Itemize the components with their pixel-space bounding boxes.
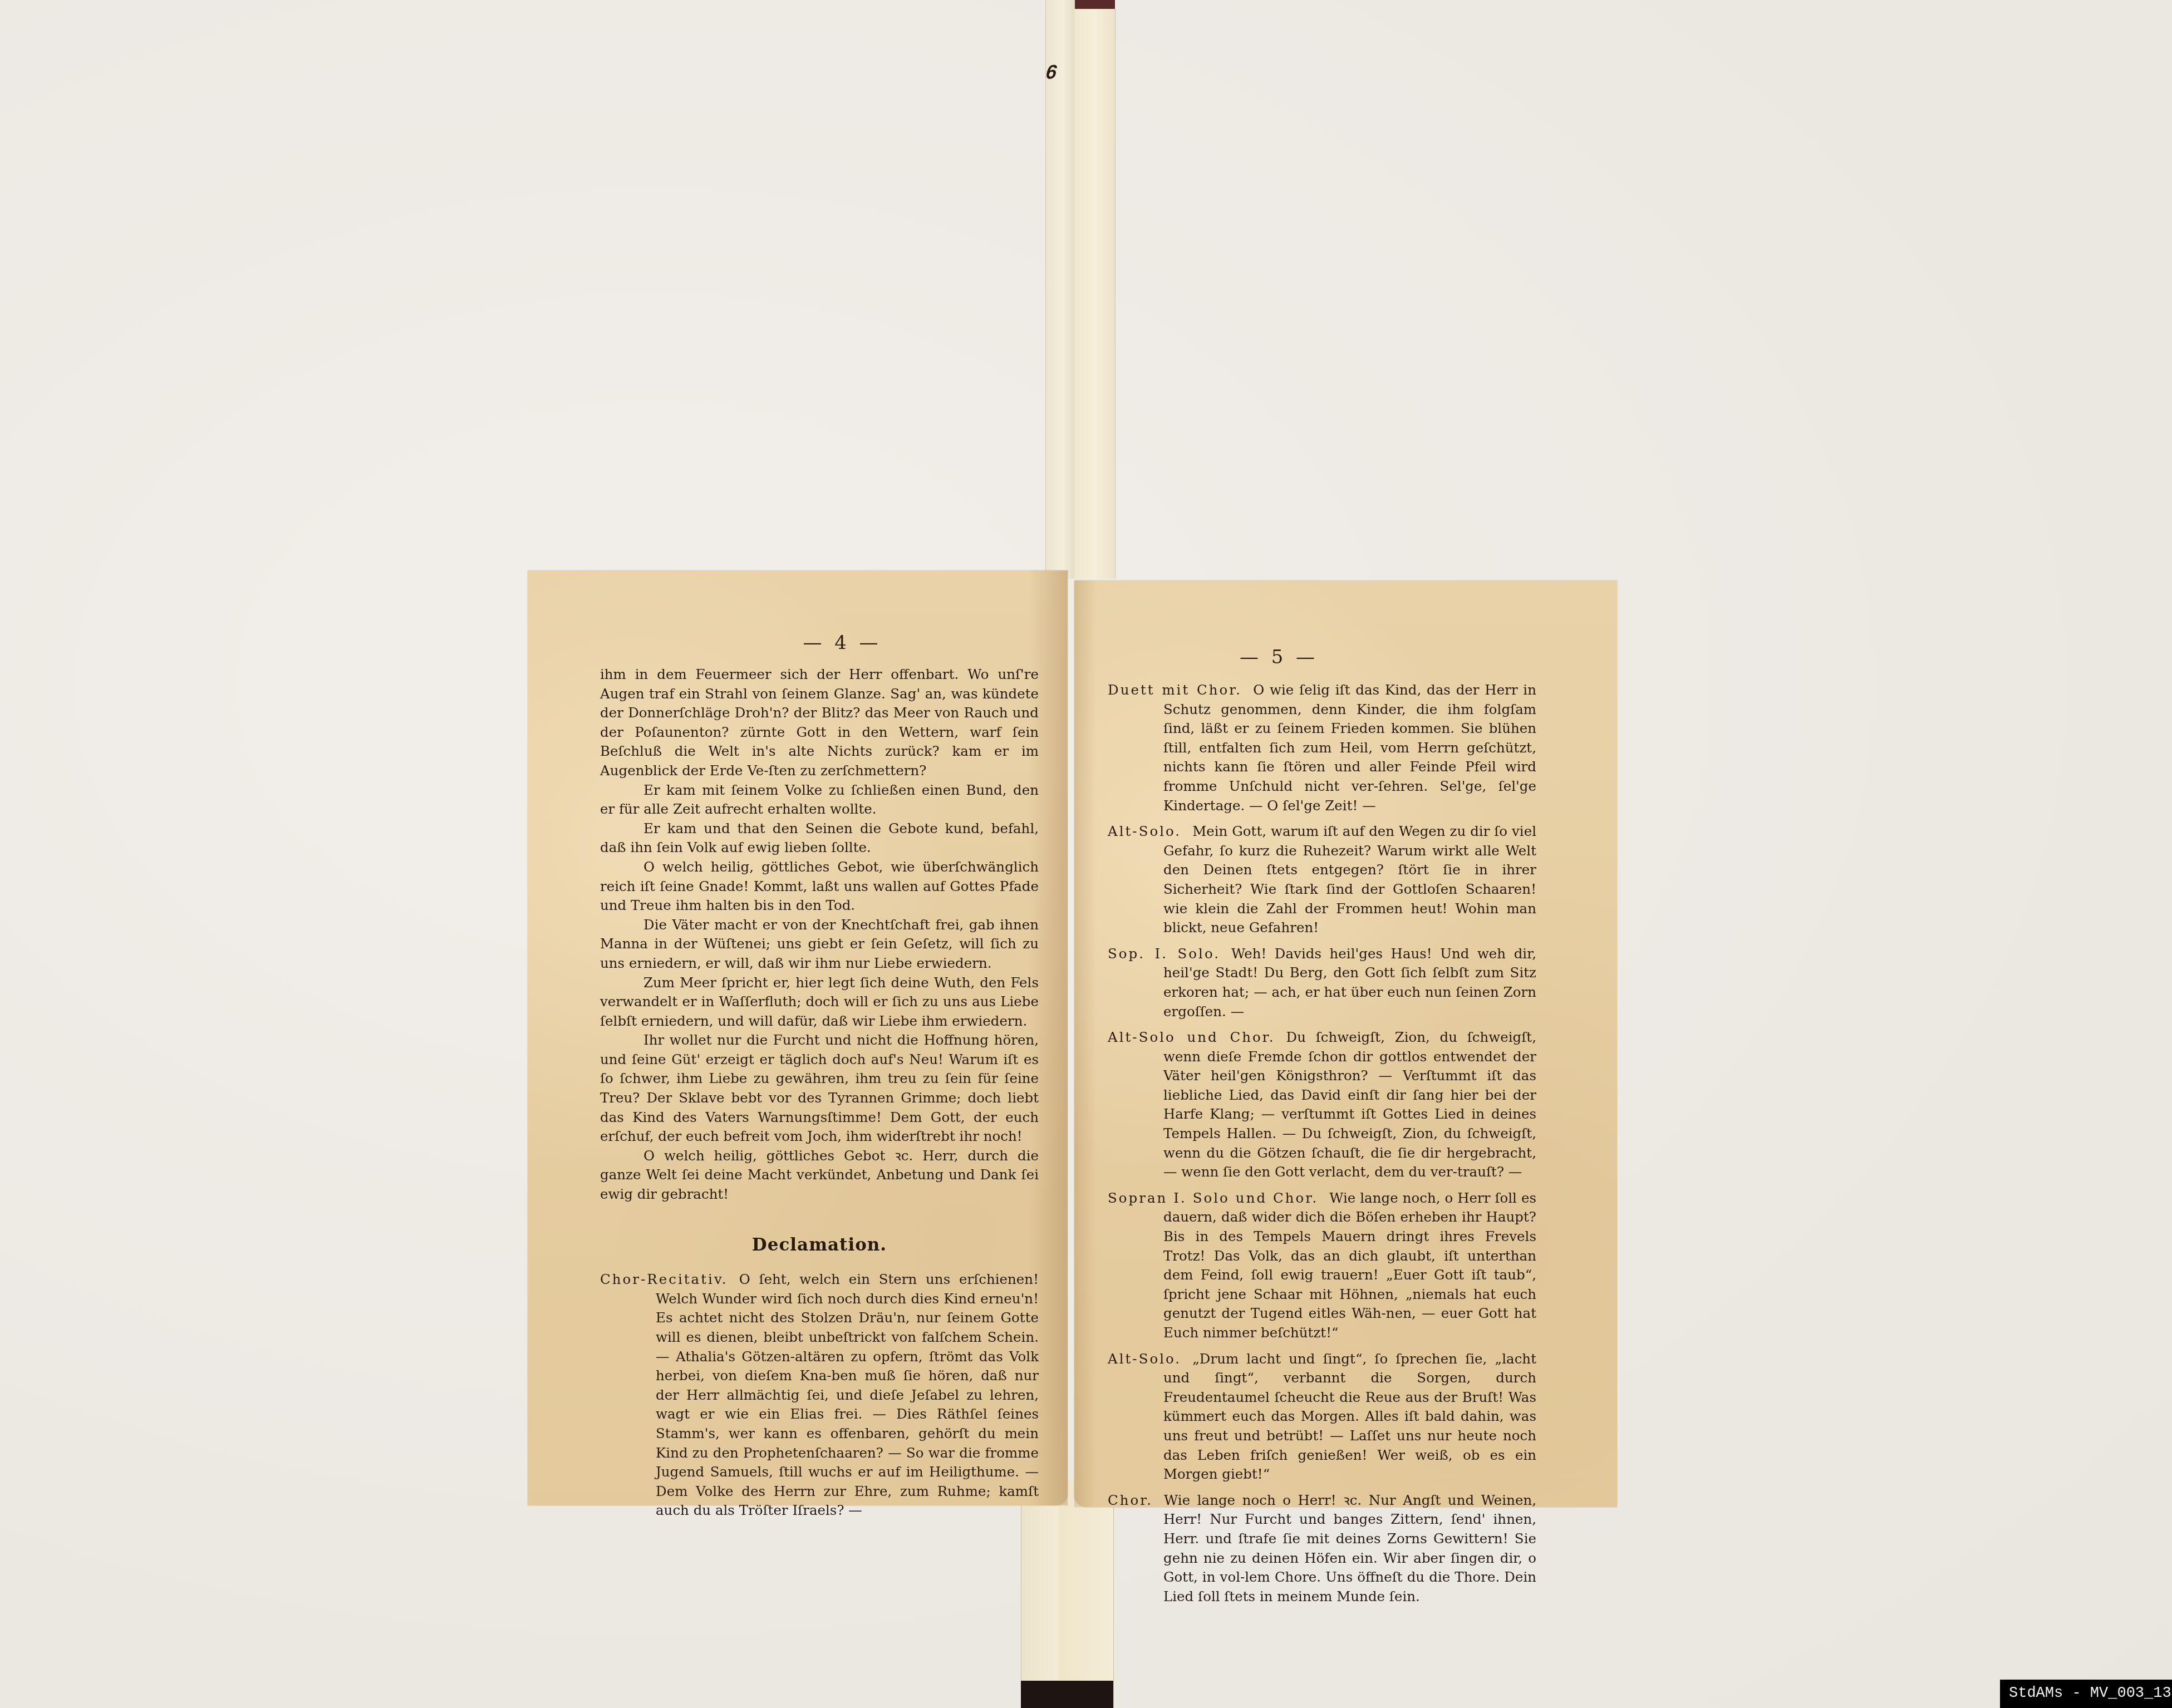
archive-id-label: StdAMs - MV_003_130 [2000,1680,2172,1708]
role-label: Sopran I. Solo und Chor. [1108,1190,1318,1206]
role-label: Chor-Recitativ. [600,1271,728,1287]
paragraph: Zum Meer ſpricht er, hier legt ſich dein… [600,973,1039,1031]
role-text: „Drum lacht und ſingt“, ſo ſprechen ſie,… [1163,1351,1536,1483]
paragraph: O welch heilig, göttliches Gebot, wie üb… [600,858,1039,915]
paragraph: O welch heilig, göttliches Gebot ꝛc. Her… [600,1146,1039,1204]
paragraph: Er kam mit ſeinem Volke zu ſchließen ein… [600,781,1039,819]
binding-stub-bottom-left [1021,1497,1059,1708]
role-section: Alt-Solo.„Drum lacht und ſingt“, ſo ſpre… [1108,1350,1536,1484]
page-body: Duett mit Chor.O wie ſelig iſt das Kind,… [1108,681,1536,1613]
page-4: — 4 — ihm in dem Feuermeer sich der Herr… [528,570,1068,1505]
binding-stub-bottom-right [1059,1480,1114,1708]
role-section: Chor.Wie lange noch o Herr! ꝛc. Nur Angſ… [1108,1491,1536,1607]
page-number: — 5 — [1008,646,1550,668]
role-text: O wie ſelig iſt das Kind, das der Herr i… [1163,682,1536,814]
paragraph: Er kam und that den Seinen die Gebote ku… [600,819,1039,858]
role-section: Duett mit Chor.O wie ſelig iſt das Kind,… [1108,681,1536,815]
gutter-shadow [1074,580,1097,1507]
section-heading: Declamation. [600,1236,1039,1255]
page-body: ihm in dem Feuermeer sich der Herr offen… [600,665,1039,1527]
role-text: Wie lange noch o Herr! ꝛc. Nur Angſt und… [1163,1492,1536,1604]
role-label: Sop. I. Solo. [1108,946,1220,962]
role-text: Mein Gott, warum iſt auf den Wegen zu di… [1163,823,1536,936]
binding-cloth-bottom [1021,1681,1113,1708]
role-label: Alt-Solo und Chor. [1108,1029,1275,1045]
role-label: Duett mit Chor. [1108,682,1242,698]
role-text: Du ſchweigſt, Zion, du ſchweigſt, wenn d… [1163,1029,1536,1180]
role-label: Chor. [1108,1492,1153,1508]
handwritten-mark: 𝟔 [1045,61,1055,83]
page-5: — 5 — Duett mit Chor.O wie ſelig iſt das… [1074,580,1617,1507]
role-section: Chor-Recitativ.O ſeht, welch ein Stern u… [600,1270,1039,1520]
role-section: Sop. I. Solo.Weh! Davids heil'ges Haus! … [1108,944,1536,1021]
role-label: Alt-Solo. [1108,823,1181,839]
role-section: Sopran I. Solo und Chor.Wie lange noch, … [1108,1189,1536,1343]
role-section: Alt-Solo und Chor.Du ſchweigſt, Zion, du… [1108,1028,1536,1182]
binding-stub-left: 𝟔 [1045,0,1075,579]
role-label: Alt-Solo. [1108,1351,1181,1367]
binding-stub-right [1074,9,1116,579]
paragraph: Ihr wollet nur die Furcht und nicht die … [600,1031,1039,1146]
paragraph: Die Väter macht er von der Knechtſchaft … [600,915,1039,973]
paragraph: ihm in dem Feuermeer sich der Herr offen… [600,665,1039,781]
role-section: Alt-Solo.Mein Gott, warum iſt auf den We… [1108,822,1536,938]
role-text: Wie lange noch, o Herr ſoll es dauern, d… [1163,1190,1536,1341]
role-text: O ſeht, welch ein Stern uns erſchienen! … [656,1271,1039,1518]
